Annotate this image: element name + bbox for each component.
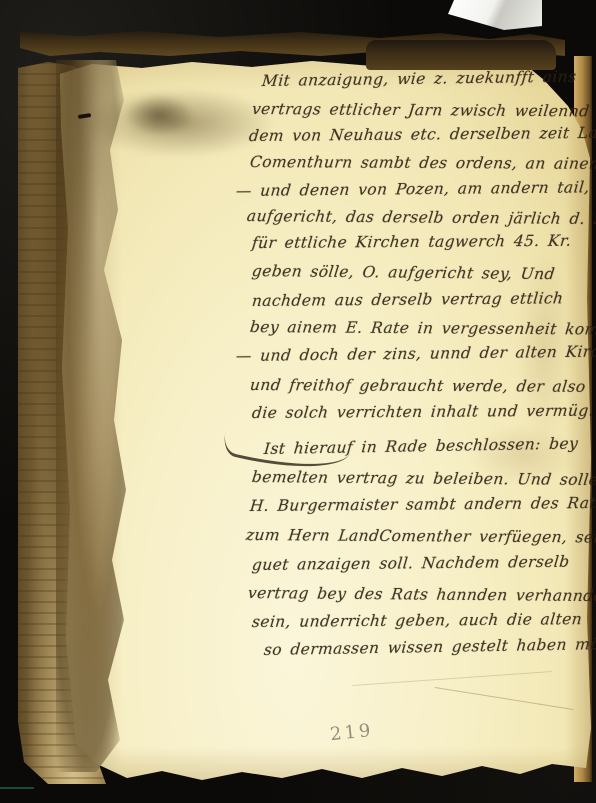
manuscript-line: Mit anzaigung, wie z. zuekunfft ains (261, 68, 577, 90)
manuscript-line: geben sölle, O. aufgericht sey, Und (251, 262, 556, 283)
manuscript-line: vertrags ettlicher Jarn zwisch weilennd (251, 100, 590, 120)
manuscript-line: nachdem aus derselb vertrag ettlich (251, 289, 564, 310)
manuscript-line: für ettliche Kirchen tagwerch 45. Kr. (251, 232, 572, 252)
manuscript-line: — und denen von Pozen, am andern tail, (235, 178, 590, 200)
manuscript-line: Comenthurn sambt des ordens, an ainem, (249, 153, 596, 173)
manuscript-line: sein, underricht geben, auch die alten (251, 610, 583, 631)
manuscript-line: so dermassen wissen gestelt haben möchte… (263, 634, 596, 659)
manuscript-line: dem von Neuhaus etc. derselben zeit Lann… (248, 124, 596, 145)
pencil-page-number: 219 (329, 720, 374, 745)
manuscript-line: zum Hern LandComenther verfüegen, seiner (245, 526, 596, 547)
manuscript-line: aufgericht, das derselb orden järlich d.… (246, 207, 596, 228)
manuscript-line: bey ainem E. Rate in vergessenheit komen… (249, 318, 596, 339)
manuscript-line: Ist hierauf in Rade beschlossen: bey (263, 435, 579, 459)
handwritten-text-block: Mit anzaigung, wie z. zuekunfft ains ver… (0, 0, 596, 803)
manuscript-line: die solch verrichten inhalt und vermüg. (251, 402, 595, 422)
manuscript-line: und freithof gebraucht werde, der also (249, 376, 587, 396)
manuscript-line: bemelten vertrag zu beleiben. Und solle (251, 468, 596, 489)
manuscript-line: vertrag bey des Rats hannden verhannden (247, 584, 596, 605)
manuscript-line: guet anzaigen soll. Nachdem derselb (251, 553, 570, 574)
manuscript-line: H. Burgermaister sambt andern des Rats (249, 494, 596, 515)
manuscript-photo: Mit anzaigung, wie z. zuekunfft ains ver… (0, 0, 596, 803)
manuscript-line: — und doch der zins, unnd der alten Kirc… (235, 342, 596, 365)
